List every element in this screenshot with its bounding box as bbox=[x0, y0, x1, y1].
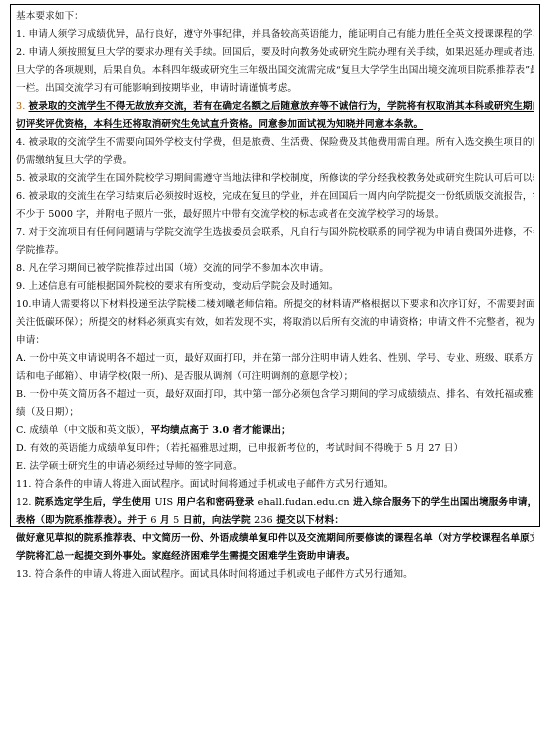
item-12-text: 表格（即为院系推荐表）。并于 bbox=[16, 515, 150, 526]
requirement-item-13: 13. 符合条件的申请人将进入面试程序。面试具体时间将通过手机或电子邮件方式另行… bbox=[16, 566, 534, 584]
requirement-item-8: 8. 凡在学习期间已被学院推荐过出国（境）交流的同学不参加本次申请。 bbox=[16, 260, 534, 278]
item-3-emphasis: 被录取的交流学生不得无故放弃交流，若有在确定名额之后随意放弃等不诚信行为，学院将… bbox=[29, 101, 534, 112]
requirement-item-3-line-2: 切评奖评优资格，本科生还将取消研究生免试直升资格。同意参加面试视为知晓并同意本条… bbox=[16, 116, 534, 134]
requirement-item-2-line-2: 旦大学的各项规则，后果自负。本科四年级或研究生三年级出国交流需完成“复旦大学学生… bbox=[16, 62, 534, 80]
requirement-item-10-line-3: 申请： bbox=[16, 332, 534, 350]
ehall-url: ehall.fudan.edu.cn bbox=[258, 497, 350, 508]
requirements-heading: 基本要求如下： bbox=[16, 8, 534, 26]
requirement-item-2-line-3: 一栏。出国交流学习有可能影响到按期毕业，申请时请谨慎考虑。 bbox=[16, 80, 534, 98]
requirement-item-10-line-1: 10.申请人需要将以下材料投递至法学院楼二楼刘曦老师信箱。所提交的材料请严格根据… bbox=[16, 296, 534, 314]
item-12-text: 院系选定学生后，学生使用 bbox=[35, 497, 155, 508]
requirement-item-5: 5. 被录取的交流学生在国外院校学习期间需遵守当地法律和学校制度，所修读的学分经… bbox=[16, 170, 534, 188]
material-a-line-1: A. 一份中英文申请说明各不超过一页，最好双面打印，并在第一部分注明申请人姓名、… bbox=[16, 350, 534, 368]
item-12-text: 提交以下材料： bbox=[273, 515, 344, 526]
material-d: D. 有效的英语能力成绩单复印件；（若托福雅思过期，已申报新考位的，考试时间不得… bbox=[16, 440, 534, 458]
requirement-item-6-line-1: 6. 被录取的交流生在学习结束后必须按时返校，完成在复旦的学业，并在回国后一周内… bbox=[16, 188, 534, 206]
requirements-box: 基本要求如下： 1. 申请人须学习成绩优异，品行良好，遵守外事纪律，并具备较高英… bbox=[10, 4, 540, 527]
item-12-text: 用户名和密码登录 bbox=[173, 497, 257, 508]
room-number: 236 bbox=[254, 515, 273, 526]
material-b-line-1: B. 一份中英文简历各不超过一页，最好双面打印，其中第一部分必须包含学习期间的学… bbox=[16, 386, 534, 404]
item-12-number: 12. bbox=[16, 497, 35, 508]
requirement-item-2-line-1: 2. 申请人须按照复旦大学的要求办理有关手续。回国后，要及时向教务处或研究生院办… bbox=[16, 44, 534, 62]
material-c-label: C. 成绩单（中文版和英文版）， bbox=[16, 425, 151, 436]
requirement-item-1: 1. 申请人须学习成绩优异，品行良好，遵守外事纪律，并具备较高英语能力，能证明自… bbox=[16, 26, 534, 44]
requirement-item-12-line-4: 学院将汇总一起提交到外事处。家庭经济困难学生需提交困难学生资助申请表。 bbox=[16, 548, 534, 566]
material-c-gpa-requirement: 平均绩点高于 3.0 者才能课出； bbox=[151, 425, 291, 436]
item-3-emphasis-cont: 切评奖评优资格，本科生还将取消研究生免试直升资格。同意参加面试视为知晓并同意本条… bbox=[16, 119, 423, 130]
requirement-item-4-line-2: 仍需缴纳复旦大学的学费。 bbox=[16, 152, 534, 170]
material-c: C. 成绩单（中文版和英文版），平均绩点高于 3.0 者才能课出； bbox=[16, 422, 534, 440]
uis-label: UIS bbox=[154, 497, 173, 508]
requirement-item-3-line-1: 3. 被录取的交流学生不得无故放弃交流，若有在确定名额之后随意放弃等不诚信行为，… bbox=[16, 98, 534, 116]
requirement-item-10-line-2: 关注低碳环保）；所提交的材料必须真实有效，如若发现不实，将取消以后所有交流的申请… bbox=[16, 314, 534, 332]
material-e: E. 法学硕士研究生的申请必须经过导师的签字同意。 bbox=[16, 458, 534, 476]
requirement-item-4-line-1: 4. 被录取的交流学生不需要向国外学校支付学费，但是旅费、生活费、保险费及其他费… bbox=[16, 134, 534, 152]
item-12-text: 日前，向法学院 bbox=[179, 515, 254, 526]
requirement-item-9: 9. 上述信息有可能根据国外院校的要求有所变动，变动后学院会及时通知。 bbox=[16, 278, 534, 296]
requirement-item-12-line-3: 做好意见草拟的院系推荐表、中文简历一份、外语成绩单复印件以及交流期间所要修读的课… bbox=[16, 530, 534, 548]
item-12-text: 月 bbox=[157, 515, 174, 526]
requirement-item-7-line-2: 学院推荐。 bbox=[16, 242, 534, 260]
requirement-item-7-line-1: 7. 对于交流项目有任何问题请与学院交流学生选拔委员会联系，凡自行与国外院校联系… bbox=[16, 224, 534, 242]
requirement-item-6-line-2: 不少于 5000 字，并附电子照片一张，最好照片中带有交流学校的标志或者在交流学… bbox=[16, 206, 534, 224]
item-3-number: 3. bbox=[16, 101, 25, 112]
material-a-line-2: 话和电子邮箱）、申请学校(限一所)、是否服从调剂（可注明调剂的意愿学校）； bbox=[16, 368, 534, 386]
item-12-text: 进入综合服务下的学生出国出境服务申请，打印申请 bbox=[350, 497, 534, 508]
material-b-line-2: 绩（及日期）； bbox=[16, 404, 534, 422]
requirement-item-12-line-1: 12. 院系选定学生后，学生使用 UIS 用户名和密码登录 ehall.fuda… bbox=[16, 494, 534, 512]
requirement-item-11: 11. 符合条件的申请人将进入面试程序。面试时间将通过手机或电子邮件方式另行通知… bbox=[16, 476, 534, 494]
requirement-item-12-line-2: 表格（即为院系推荐表）。并于 6 月 5 日前，向法学院 236 提交以下材料： bbox=[16, 512, 534, 530]
